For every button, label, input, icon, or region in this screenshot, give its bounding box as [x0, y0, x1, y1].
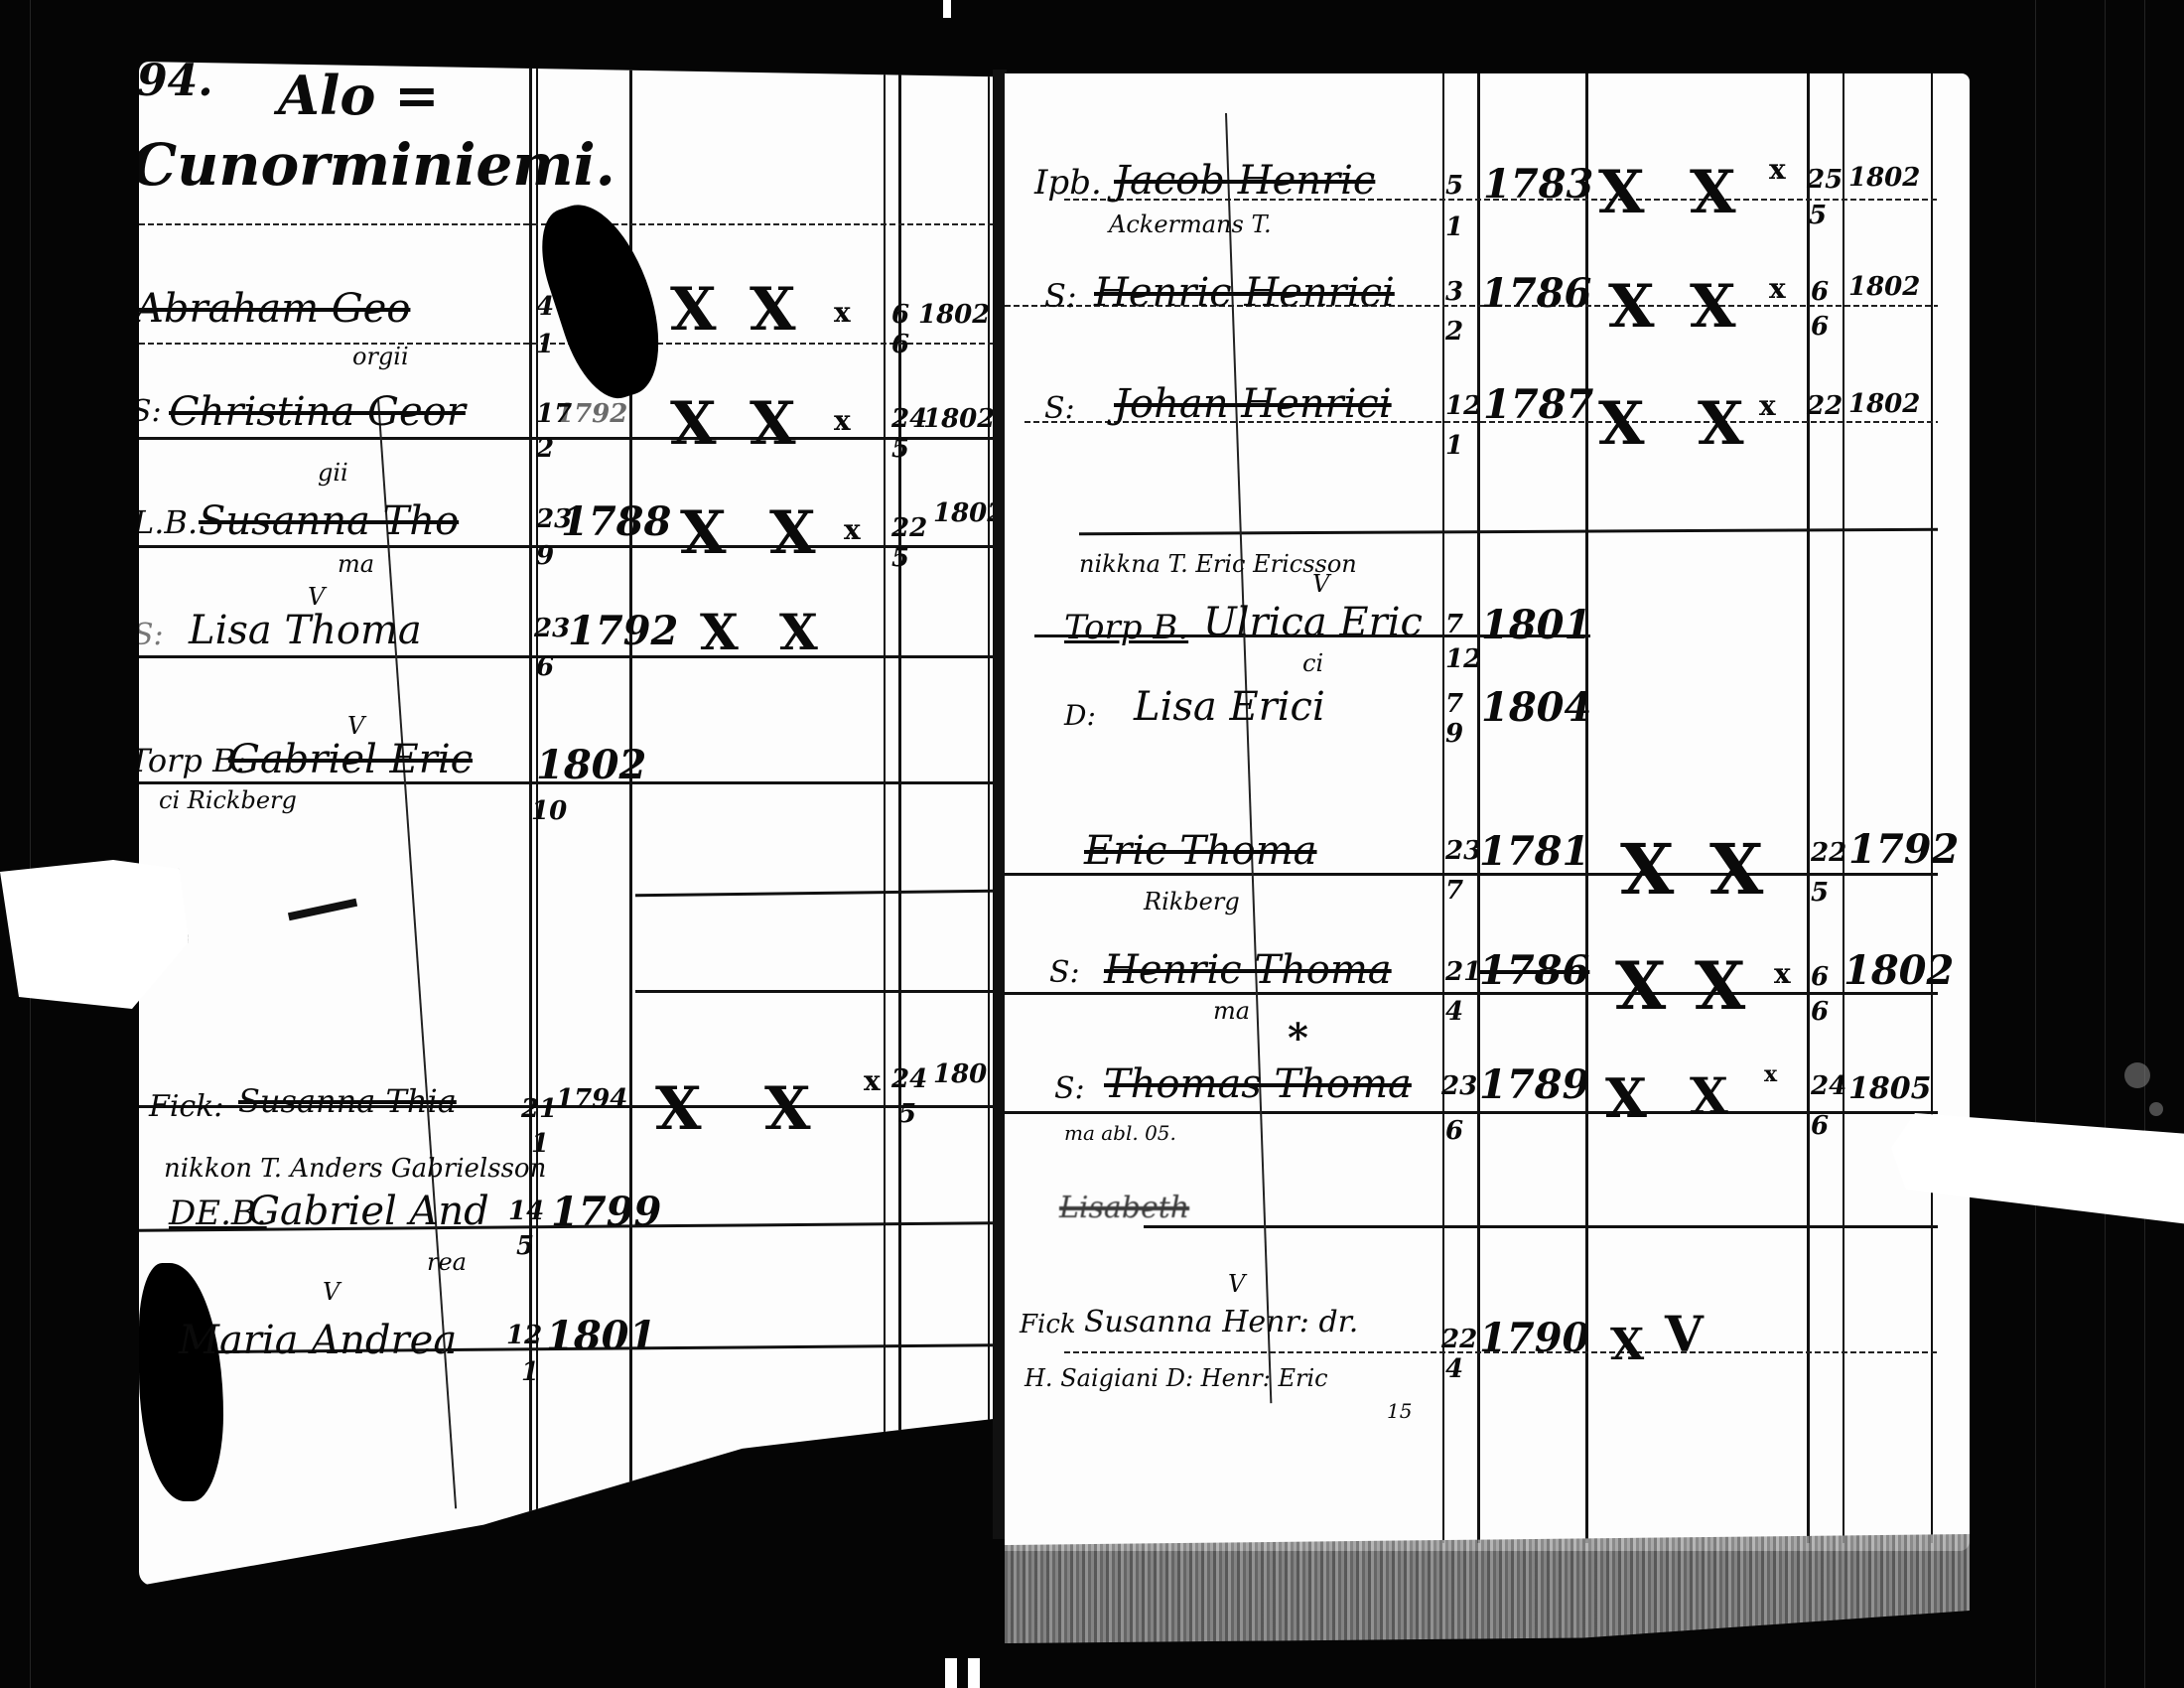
end-month: 5	[1809, 201, 1827, 230]
communion-mark: x	[1764, 1061, 1777, 1087]
entry-name-suffix: Ackermans T.	[1109, 211, 1272, 238]
dust-speck	[2149, 1102, 2163, 1116]
end-year: 1802	[918, 300, 990, 330]
communion-mark: X	[1690, 1066, 1728, 1125]
communion-mark: X	[1605, 1066, 1647, 1130]
entry-name-suffix: orgii	[352, 343, 409, 370]
household-note-number: 15	[1387, 1399, 1412, 1423]
birth-month: 10	[531, 796, 567, 826]
film-marker	[945, 1658, 957, 1688]
column-rule	[1442, 73, 1444, 1543]
entry-name: Susanna Thia	[238, 1082, 457, 1120]
row-rule	[1144, 1225, 1938, 1228]
end-day: 24	[891, 404, 927, 434]
birth-month: 4	[1445, 997, 1463, 1027]
check-mark: V	[1228, 1270, 1245, 1298]
scan-streak	[2105, 0, 2106, 1688]
entry-role: S:	[1049, 955, 1080, 990]
column-rule	[1843, 73, 1844, 1543]
birth-day: 14	[508, 1196, 544, 1226]
birth-year: 1786	[1481, 270, 1591, 317]
birth-month: 9	[1445, 719, 1463, 749]
entry-name-suffix: ci	[1302, 649, 1323, 677]
communion-mark: V	[1665, 1305, 1704, 1363]
birth-day: 23	[1445, 836, 1481, 866]
birth-day: 23	[1441, 1071, 1477, 1101]
row-rule	[139, 437, 993, 440]
birth-year: 1801	[546, 1313, 656, 1359]
entry-role: Ipb.	[1034, 163, 1102, 203]
birth-month: 1	[521, 1357, 539, 1387]
end-year: 1802	[1848, 389, 1920, 419]
row-rule	[635, 990, 993, 993]
end-month: 5	[1811, 878, 1829, 908]
end-day: 22	[1807, 391, 1843, 421]
birth-year: 1802	[536, 742, 646, 788]
row-rule	[139, 655, 993, 658]
communion-mark: X	[700, 603, 739, 661]
end-month: 6	[1811, 312, 1829, 342]
end-year: 1802	[923, 404, 995, 434]
film-marker	[968, 1658, 980, 1688]
entry-role: L.B.	[133, 503, 198, 541]
birth-day: 12	[506, 1321, 542, 1350]
birth-year: 1792	[568, 608, 678, 654]
scan-streak	[30, 0, 31, 1688]
check-mark: V	[1312, 570, 1329, 598]
column-rule	[1931, 73, 1933, 1543]
entry-name: Ulrica Eric	[1203, 600, 1423, 645]
entry-role: S:	[131, 394, 162, 429]
end-day: 24	[891, 1064, 927, 1094]
page-number: 94.	[137, 56, 213, 106]
birth-month: 5	[516, 1231, 534, 1261]
end-month: 5	[891, 543, 909, 573]
birth-year: 1788	[561, 498, 671, 545]
communion-mark: X	[769, 498, 816, 568]
entry-name-suffix: ci Rickberg	[159, 786, 297, 814]
communion-mark: X	[1598, 389, 1645, 459]
entry-name: Susanna Henr: dr.	[1084, 1305, 1358, 1339]
entry-name: Johan Henrici	[1114, 381, 1392, 427]
end-day: 22	[1811, 838, 1846, 868]
end-year: 1802	[1843, 947, 1954, 994]
birth-month: 7	[1445, 876, 1463, 906]
end-month: 6	[1811, 997, 1829, 1027]
communion-mark: X	[680, 498, 727, 568]
entry-name: Lisa Thoma	[189, 608, 422, 653]
entry-role: S:	[1054, 1071, 1085, 1106]
birth-day: 21	[521, 1094, 557, 1124]
birth-year: 1792	[556, 399, 627, 429]
birth-day: 7	[1445, 610, 1463, 639]
birth-day: 5	[1445, 171, 1463, 201]
birth-day: 22	[1441, 1325, 1477, 1354]
end-month: 6	[1811, 1111, 1829, 1141]
birth-month: 6	[536, 652, 554, 682]
entry-name-suffix: gii	[318, 459, 348, 487]
communion-mark: X	[655, 1074, 702, 1144]
birth-month: 2	[1445, 317, 1463, 347]
entry-name: Henric Thoma	[1104, 947, 1392, 993]
birth-month: 4	[1445, 1354, 1463, 1384]
ink-stain	[139, 1263, 223, 1501]
birth-day: 12	[1445, 391, 1481, 421]
communion-mark: x	[864, 1064, 881, 1097]
communion-mark: X	[1610, 1320, 1644, 1370]
birth-month: 6	[1445, 1116, 1463, 1146]
communion-mark: X	[750, 275, 796, 345]
row-rule	[139, 545, 993, 548]
communion-mark: x	[834, 404, 851, 437]
communion-mark: X	[670, 275, 717, 345]
row-rule	[139, 343, 993, 345]
communion-mark: x	[1769, 153, 1786, 186]
entry-name: Abraham Geo	[135, 286, 410, 332]
communion-mark: X	[764, 1074, 811, 1144]
communion-mark: X	[1598, 158, 1645, 227]
check-mark: V	[308, 583, 325, 611]
birth-day: 4	[536, 292, 554, 322]
end-month: 6	[891, 330, 909, 359]
end-year: 1792	[1848, 826, 1959, 873]
scan-streak	[2035, 0, 2036, 1688]
ink-dash	[288, 899, 357, 920]
communion-mark: X	[1615, 947, 1666, 1025]
dust-speck	[2124, 1062, 2150, 1088]
communion-mark: X	[1695, 947, 1745, 1025]
birth-month: 9	[536, 541, 554, 571]
household-note: H. Saigiani D: Henr: Eric	[1024, 1364, 1328, 1392]
birth-day: 3	[1445, 277, 1463, 307]
check-mark: V	[347, 712, 364, 740]
birth-day: 21	[1445, 957, 1481, 987]
communion-mark: X	[1698, 389, 1744, 459]
column-rule	[529, 62, 532, 1511]
end-day: 6	[1811, 277, 1829, 307]
heading-line1: Alo =	[278, 64, 439, 127]
end-day: 6	[891, 300, 909, 330]
birth-year: 1801	[1481, 602, 1591, 648]
right-page: Ipb. Jacob Henric Ackermans T. 5 1 1783 …	[1005, 73, 1970, 1551]
birth-year: 1790	[1479, 1315, 1589, 1361]
communion-mark: X	[1608, 272, 1655, 342]
end-day: 24	[1811, 1071, 1846, 1101]
communion-mark: x	[1759, 389, 1776, 422]
birth-month: 2	[536, 434, 554, 464]
birth-month: 1	[1445, 431, 1463, 461]
communion-mark: X	[1690, 272, 1736, 342]
end-year: 1802	[1848, 272, 1920, 302]
end-year: 1802	[1848, 163, 1920, 193]
column-rule	[1807, 73, 1810, 1543]
entry-name: Jacob Henric	[1114, 158, 1375, 204]
birth-year: 1786	[1479, 947, 1589, 994]
left-page: 94. Alo = Cunorminiemi. Abraham Geo orgi…	[139, 62, 1001, 1586]
end-day: 22	[891, 513, 927, 543]
communion-mark: x	[1774, 957, 1791, 990]
entry-role: S:	[1044, 277, 1077, 315]
end-day: 25	[1807, 165, 1843, 195]
birth-month: 12	[1445, 644, 1481, 674]
entry-name-suffix: ma	[1213, 997, 1250, 1025]
entry-role: D:	[1064, 699, 1096, 732]
end-day: 6	[1811, 962, 1829, 992]
end-year: 180	[933, 1059, 987, 1089]
row-rule	[635, 890, 993, 897]
entry-role: Torp B.	[1064, 608, 1188, 647]
birth-year: 1799	[551, 1189, 661, 1235]
column-rule	[988, 62, 990, 1452]
communion-mark: X	[1620, 828, 1674, 911]
check-mark: V	[323, 1278, 340, 1306]
entry-name: Gabriel And	[248, 1189, 489, 1234]
birth-year: 1804	[1481, 684, 1591, 731]
end-month: 5	[898, 1099, 916, 1129]
entry-name-suffix: ma abl. 05.	[1064, 1121, 1176, 1145]
communion-mark: X	[750, 389, 796, 459]
entry-role: Fick	[1020, 1310, 1076, 1339]
birth-month: 1	[1445, 212, 1463, 242]
birth-year: 1789	[1479, 1061, 1589, 1108]
film-marker	[943, 0, 951, 18]
entry-name-suffix: Rikberg	[1144, 888, 1240, 915]
birth-year: 1794	[556, 1084, 627, 1114]
birth-day: 23	[534, 614, 570, 643]
asterisk-annotation: *	[1288, 1015, 1308, 1061]
column-rule	[898, 62, 901, 1472]
end-month: 5	[891, 434, 909, 464]
entry-name: Susanna Tho	[199, 498, 459, 544]
entry-name: Christina Geor	[169, 389, 466, 435]
entry-name: Henric Henrici	[1094, 270, 1395, 316]
heading-line2: Cunorminiemi.	[131, 131, 615, 199]
communion-mark: x	[834, 296, 851, 329]
scan-streak	[2144, 0, 2145, 1688]
communion-mark: x	[1769, 272, 1786, 305]
entry-name-smudged: Lisabeth	[1059, 1191, 1189, 1225]
entry-name: Gabriel Eric	[228, 737, 473, 782]
page-edge-shadow	[1005, 1534, 1970, 1643]
entry-name-suffix: rea	[427, 1248, 467, 1276]
communion-mark: X	[779, 603, 818, 661]
birth-year: 1783	[1483, 161, 1593, 208]
entry-role: S:	[1044, 391, 1075, 426]
birth-month: 1	[536, 330, 554, 359]
household-note: nikkon T. Anders Gabrielsson	[164, 1154, 546, 1184]
entry-name: Maria Andrea	[179, 1318, 457, 1363]
birth-year: 1781	[1479, 828, 1589, 875]
communion-mark: X	[670, 389, 717, 459]
end-year: 1805	[1848, 1071, 1932, 1106]
birth-day: 7	[1445, 689, 1463, 719]
communion-mark: X	[1690, 158, 1736, 227]
row-rule	[1005, 1111, 1938, 1114]
entry-role: Fick:	[149, 1089, 224, 1124]
column-rule	[884, 62, 886, 1472]
entry-role: S:	[133, 618, 164, 652]
entry-name: Eric Thoma	[1084, 828, 1317, 874]
communion-mark: x	[844, 513, 861, 546]
communion-mark: X	[1709, 828, 1763, 911]
entry-name: Lisa Erici	[1134, 684, 1325, 730]
entry-name: Thomas Thoma	[1104, 1061, 1412, 1107]
birth-year: 1787	[1483, 381, 1593, 428]
entry-name-suffix: ma	[338, 550, 374, 578]
